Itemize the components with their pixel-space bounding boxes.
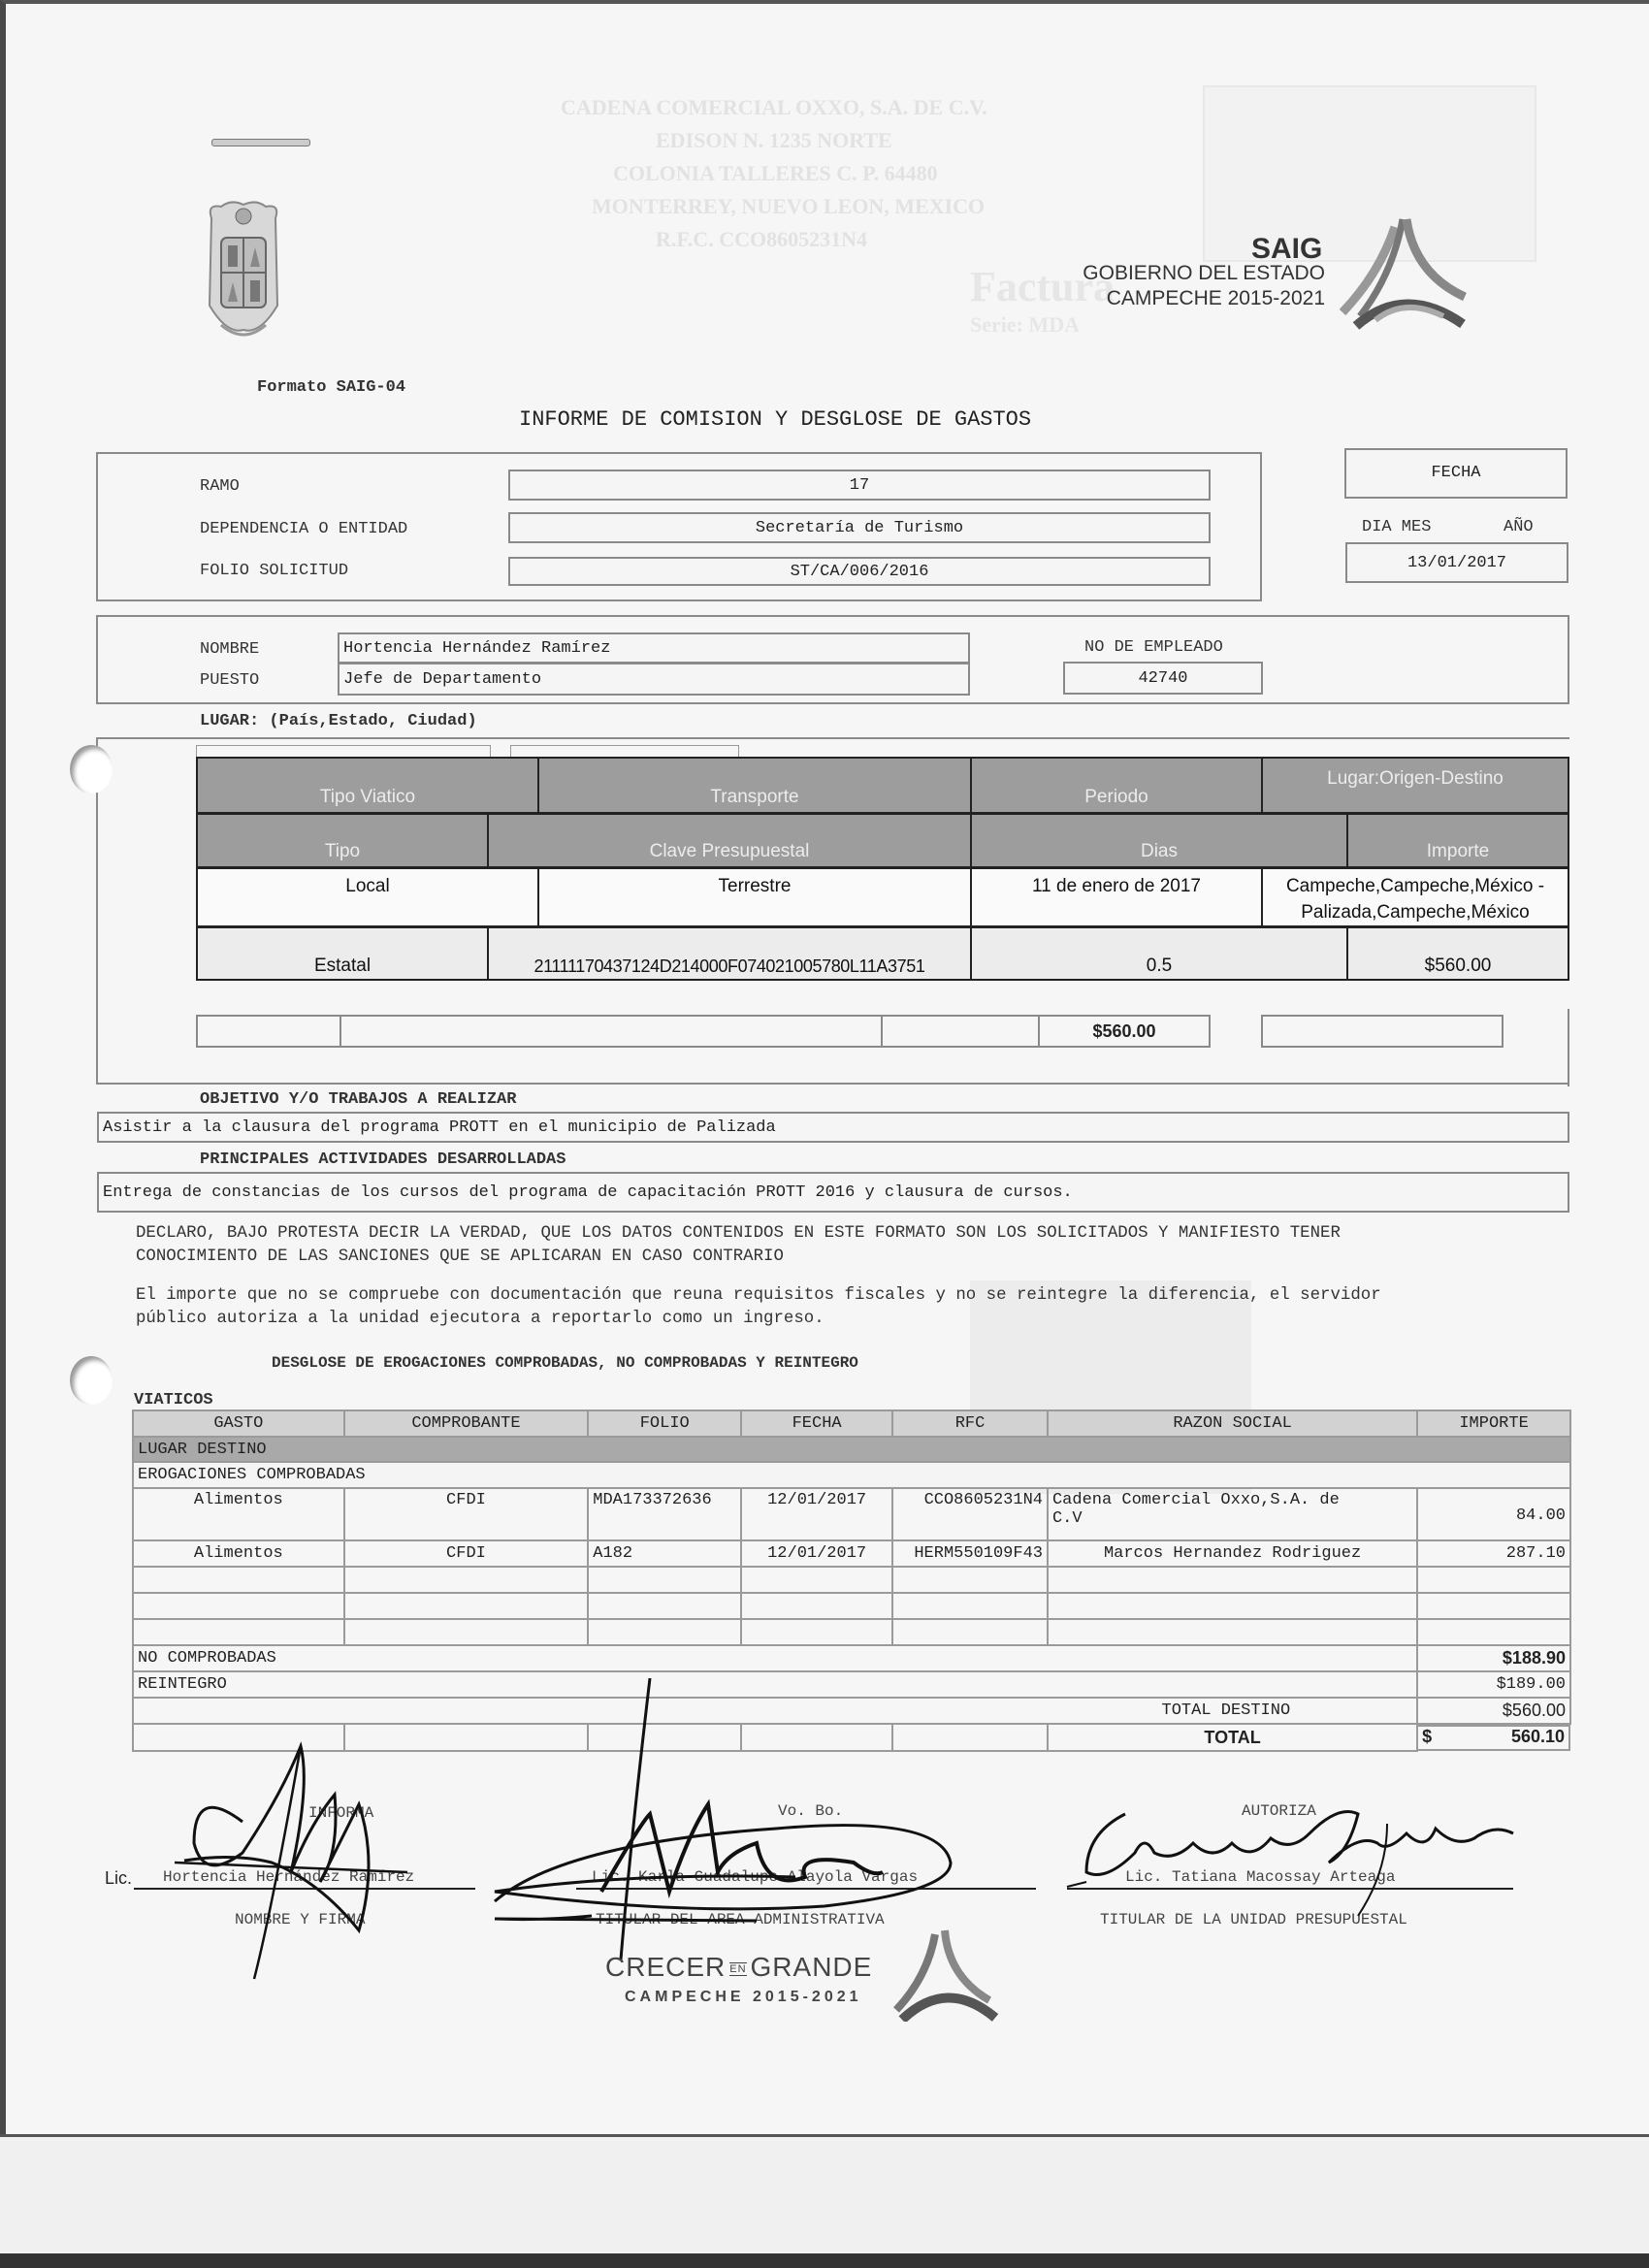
desglose-title: DESGLOSE DE EROGACIONES COMPROBADAS, NO … xyxy=(272,1354,858,1372)
viaticos-data-row-1: Local Terrestre 11 de enero de 2017 Camp… xyxy=(198,869,1568,928)
col-lugar-origen-destino: Lugar:Origen-Destino xyxy=(1263,759,1568,812)
total-currency: $ xyxy=(1422,1727,1432,1749)
scanner-bar xyxy=(0,2253,1649,2268)
col-importe: Importe xyxy=(1348,815,1568,866)
total-amount: 560.10 xyxy=(1511,1727,1565,1749)
lugar-section-right-edge xyxy=(1568,1009,1569,1086)
punch-hole xyxy=(70,745,113,794)
saig-logo-line1: GOBIERNO DEL ESTADO xyxy=(1083,262,1325,285)
slogan-left: CRECER xyxy=(605,1952,726,1982)
table-row: Alimentos CFDI A182 12/01/2017 HERM55010… xyxy=(133,1540,1570,1567)
footer-slogan-sub: CAMPECHE 2015-2021 xyxy=(625,1989,862,2006)
col-clave-presupuestal: Clave Presupuestal xyxy=(489,815,972,866)
folio-cell: MDA173372636 xyxy=(588,1488,741,1540)
lugar-value: Campeche,Campeche,México - Palizada,Camp… xyxy=(1263,869,1568,925)
lugar-destino: Palizada,Campeche,México xyxy=(1301,899,1530,925)
total-row-extra xyxy=(1261,1015,1503,1048)
tipo-viatico-value: Local xyxy=(198,869,539,925)
col-dias: Dias xyxy=(972,815,1348,866)
ghost-serie: Serie: MDA xyxy=(970,312,1080,338)
total-destino-value: $560.00 xyxy=(1417,1698,1570,1724)
actividades-field[interactable]: Entrega de constancias de los cursos del… xyxy=(97,1172,1569,1213)
fecha-dia-mes-label: DIA MES xyxy=(1362,518,1431,536)
gasto-cell: Alimentos xyxy=(133,1540,344,1567)
erogaciones-label: EROGACIONES COMPROBADAS xyxy=(133,1462,1570,1488)
periodo-value: 11 de enero de 2017 xyxy=(972,869,1263,925)
col-tipo: Tipo xyxy=(198,815,489,866)
saig-triangle-icon xyxy=(1337,215,1472,330)
no-comprobadas-value: $188.90 xyxy=(1417,1645,1570,1671)
total-value: $ 560.10 xyxy=(1418,1725,1570,1751)
saig-logo-title: SAIG xyxy=(1251,233,1322,266)
folio-field[interactable]: ST/CA/006/2016 xyxy=(508,557,1211,586)
viaticos-section-label: VIATICOS xyxy=(134,1391,213,1409)
objetivo-field[interactable]: Asistir a la clausura del programa PROTT… xyxy=(97,1112,1569,1143)
ghost-line: EDISON N. 1235 NORTE xyxy=(656,128,892,153)
informa-handwritten-signature xyxy=(155,1736,504,1989)
col-rfc: RFC xyxy=(892,1410,1048,1437)
gasto-cell: Alimentos xyxy=(133,1488,344,1540)
objetivo-label: OBJETIVO Y/O TRABAJOS A REALIZAR xyxy=(200,1090,516,1109)
comprobante-cell: CFDI xyxy=(344,1488,589,1540)
lugar-label: LUGAR: (País,Estado, Ciudad) xyxy=(200,712,477,730)
ramo-label: RAMO xyxy=(200,477,240,496)
declaracion-line-3: El importe que no se compruebe con docum… xyxy=(136,1286,1381,1305)
tipo-value: Estatal xyxy=(198,928,489,979)
col-periodo: Periodo xyxy=(972,759,1263,812)
col-importe: IMPORTE xyxy=(1417,1410,1570,1437)
clave-value: 21111170437124D214000F074021005780L11A37… xyxy=(489,928,972,979)
viaticos-total: $560.00 xyxy=(1038,1015,1211,1048)
puesto-field[interactable]: Jefe de Departamento xyxy=(338,663,970,696)
nombre-field[interactable]: Hortencia Hernández Ramírez xyxy=(338,632,970,664)
coat-of-arms-logo xyxy=(202,199,285,340)
document-title: INFORME DE COMISION Y DESGLOSE DE GASTOS xyxy=(519,407,1031,432)
col-fecha: FECHA xyxy=(741,1410,892,1437)
dias-value: 0.5 xyxy=(972,928,1348,979)
scanner-strip xyxy=(0,2137,1649,2253)
declaracion-line-2: CONOCIMIENTO DE LAS SANCIONES QUE SE APL… xyxy=(136,1247,784,1266)
actividades-label: PRINCIPALES ACTIVIDADES DESARROLLADAS xyxy=(200,1150,566,1169)
razon-line-2: C.V xyxy=(1052,1509,1083,1528)
footer-slogan: CRECERENGRANDE xyxy=(605,1952,872,1983)
declaracion-line-1: DECLARO, BAJO PROTESTA DECIR LA VERDAD, … xyxy=(136,1224,1341,1243)
total-row-cell xyxy=(881,1015,1040,1048)
desglose-header-row: GASTO COMPROBANTE FOLIO FECHA RFC RAZON … xyxy=(133,1410,1570,1437)
num-empleado-field[interactable]: 42740 xyxy=(1063,662,1263,695)
footer-triangle-icon xyxy=(889,1928,1005,2022)
reintegro-value: $189.00 xyxy=(1417,1671,1570,1698)
autoriza-handwritten-signature xyxy=(1067,1795,1552,1921)
ghost-line: R.F.C. CCO8605231N4 xyxy=(656,227,867,252)
lugar-destino-label: LUGAR DESTINO xyxy=(133,1437,1570,1462)
fecha-heading-box: FECHA xyxy=(1344,448,1568,499)
declaracion-line-4: público autoriza a la unidad ejecutora a… xyxy=(136,1310,824,1328)
lugar-destino-row: LUGAR DESTINO xyxy=(133,1437,1570,1462)
total-row-cell xyxy=(339,1015,883,1048)
razon-social-cell: Cadena Comercial Oxxo,S.A. deC.V xyxy=(1048,1488,1417,1540)
col-razon-social: RAZON SOCIAL xyxy=(1048,1410,1417,1437)
importe-cell: 287.10 xyxy=(1417,1540,1570,1567)
slogan-en: EN xyxy=(729,1962,746,1976)
table-row-empty xyxy=(133,1619,1570,1645)
folio-cell: A182 xyxy=(588,1540,741,1567)
folio-label: FOLIO SOLICITUD xyxy=(200,562,348,580)
slogan-right: GRANDE xyxy=(751,1952,873,1982)
fecha-cell: 12/01/2017 xyxy=(741,1488,892,1540)
col-transporte: Transporte xyxy=(539,759,972,812)
num-empleado-label: NO DE EMPLEADO xyxy=(1084,638,1223,657)
comprobante-cell: CFDI xyxy=(344,1540,589,1567)
col-gasto: GASTO xyxy=(133,1410,344,1437)
table-row: Alimentos CFDI MDA173372636 12/01/2017 C… xyxy=(133,1488,1570,1540)
importe-cell: 84.00 xyxy=(1417,1488,1570,1540)
dependencia-field[interactable]: Secretaría de Turismo xyxy=(508,512,1211,543)
rfc-cell: CCO8605231N4 xyxy=(892,1488,1048,1540)
viaticos-header-row-1: Tipo Viatico Transporte Periodo Lugar:Or… xyxy=(198,759,1568,815)
table-row-empty xyxy=(133,1593,1570,1619)
no-comprobadas-label: NO COMPROBADAS xyxy=(133,1645,1417,1671)
puesto-label: PUESTO xyxy=(200,671,259,690)
dependencia-label: DEPENDENCIA O ENTIDAD xyxy=(200,520,407,538)
ghost-line: COLONIA TALLERES C. P. 64480 xyxy=(613,161,938,186)
staple-mark xyxy=(211,139,310,146)
viaticos-header-row-2: Tipo Clave Presupuestal Dias Importe xyxy=(198,815,1568,869)
ghost-line: CADENA COMERCIAL OXXO, S.A. DE C.V. xyxy=(561,95,987,120)
erogaciones-row: EROGACIONES COMPROBADAS xyxy=(133,1462,1570,1488)
punch-hole xyxy=(70,1356,113,1405)
nombre-label: NOMBRE xyxy=(200,640,259,659)
total-row-cell xyxy=(196,1015,341,1048)
no-comprobadas-row: NO COMPROBADAS $188.90 xyxy=(133,1645,1570,1671)
col-folio: FOLIO xyxy=(588,1410,741,1437)
informa-prefix: Lic. xyxy=(105,1868,132,1889)
razon-social-cell: Marcos Hernandez Rodriguez xyxy=(1048,1540,1417,1567)
fecha-cell: 12/01/2017 xyxy=(741,1540,892,1567)
ramo-field[interactable]: 17 xyxy=(508,470,1211,501)
razon-line-1: Cadena Comercial Oxxo,S.A. de xyxy=(1052,1491,1340,1509)
table-row-empty xyxy=(133,1567,1570,1593)
format-code: Formato SAIG-04 xyxy=(257,378,405,397)
transporte-value: Terrestre xyxy=(539,869,972,925)
viaticos-data-row-2: Estatal 21111170437124D214000F0740210057… xyxy=(198,928,1568,979)
fecha-field[interactable]: 13/01/2017 xyxy=(1345,542,1568,583)
col-tipo-viatico: Tipo Viatico xyxy=(198,759,539,812)
fecha-anio-label: AÑO xyxy=(1503,518,1534,536)
col-comprobante: COMPROBANTE xyxy=(344,1410,589,1437)
saig-logo-line2: CAMPECHE 2015-2021 xyxy=(1107,287,1325,310)
viaticos-table: Tipo Viatico Transporte Periodo Lugar:Or… xyxy=(196,757,1569,981)
rfc-cell: HERM550109F43 xyxy=(892,1540,1048,1567)
lugar-origen: Campeche,Campeche,México - xyxy=(1286,873,1544,899)
total-label: TOTAL xyxy=(1048,1724,1417,1751)
importe-value: $560.00 xyxy=(1348,928,1568,979)
ghost-line: MONTERREY, NUEVO LEON, MEXICO xyxy=(592,194,985,219)
